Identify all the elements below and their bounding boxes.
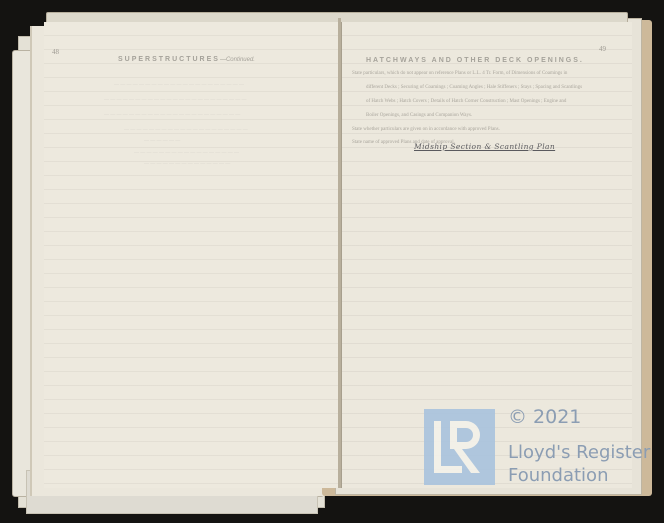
instruction-line: Boiler Openings, and Casings and Compani…	[366, 108, 472, 123]
right-page-number: 49	[599, 45, 606, 53]
left-page: 48 SUPERSTRUCTURES—Continued. — — — — — …	[44, 22, 341, 488]
left-heading-suffix: —Continued.	[220, 57, 255, 63]
left-faint-line: — — — — — — — — — — — — — — — — — — — — …	[114, 78, 244, 93]
lr-logo-icon	[424, 409, 495, 485]
left-heading-text: SUPERSTRUCTURES	[118, 56, 220, 63]
left-faint-line: — — — — — — — — — — — — — — — — — — — — …	[104, 93, 247, 108]
left-page-heading: SUPERSTRUCTURES—Continued.	[118, 56, 255, 63]
instruction-line: different Decks ; Securing of Coamings ;…	[366, 80, 582, 95]
watermark-org-line2: Foundation	[508, 465, 608, 486]
instruction-line: State particulars, which do not appear o…	[352, 66, 567, 81]
watermark-copyright: © 2021	[508, 406, 581, 428]
left-page-number: 48	[52, 48, 59, 56]
instruction-line: of Hatch Webs ; Hatch Covers ; Details o…	[366, 94, 566, 109]
left-faint-line: — — — — — — — — — — — — — — — — — — — —	[124, 123, 248, 138]
left-faint-line: — — — — — — — — — — — — — —	[144, 157, 230, 172]
right-page-heading: HATCHWAYS AND OTHER DECK OPENINGS.	[366, 57, 584, 64]
watermark-org-line1: Lloyd's Register	[508, 442, 650, 463]
handwritten-entry: Midship Section & Scantling Plan	[414, 142, 555, 151]
left-faint-line: — — — — — — — — — — — — — — — — — — — — …	[104, 108, 240, 123]
